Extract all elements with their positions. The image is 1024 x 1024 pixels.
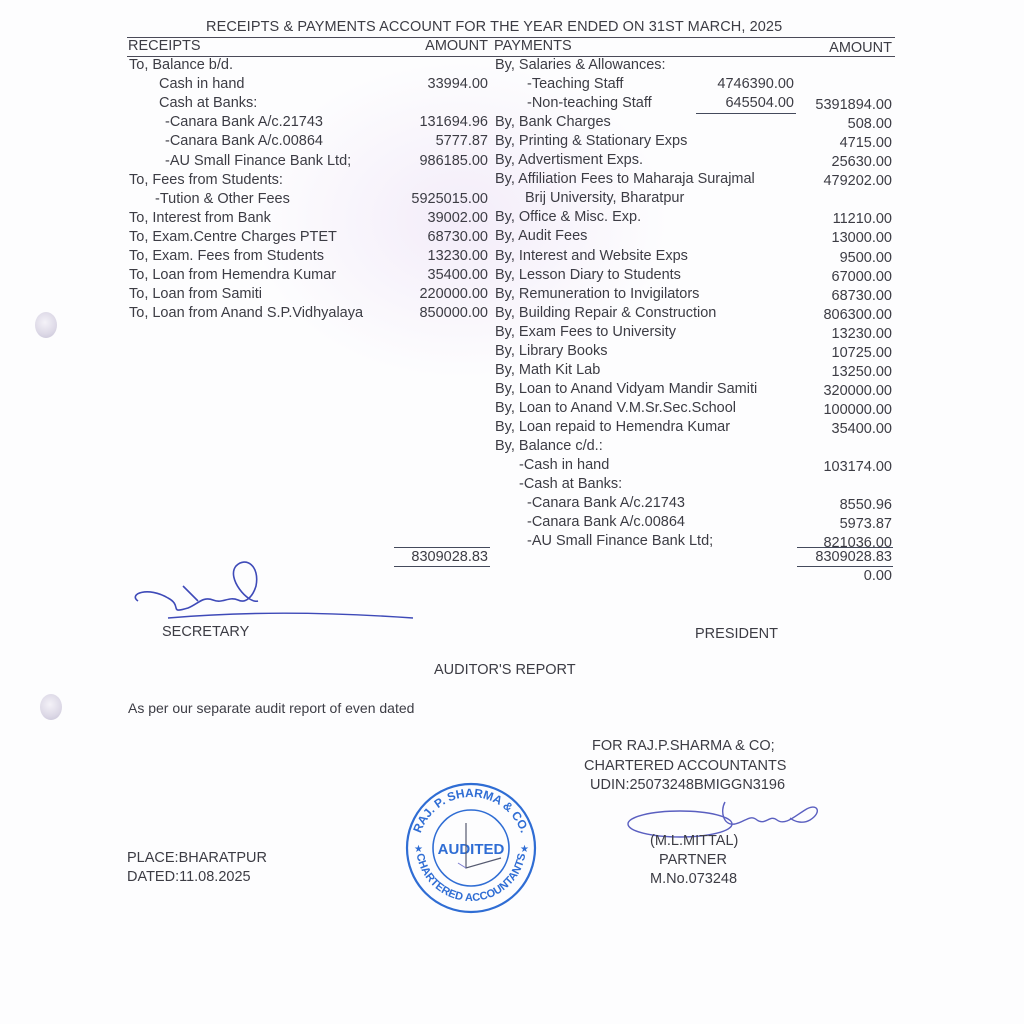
receipt-row-label: To, Exam. Fees from Students: [129, 248, 324, 265]
receipts-total-rule-top: [394, 547, 490, 548]
svg-text:CHARTERED ACCOUNTANTS: CHARTERED ACCOUNTANTS: [414, 852, 529, 904]
payment-row-amount: 5973.87: [790, 516, 892, 533]
payment-row-amount: 13250.00: [790, 364, 892, 381]
receipt-row-label: -Canara Bank A/c.00864: [165, 133, 323, 150]
partner-role: PARTNER: [659, 852, 727, 869]
payment-row-label: -Non-teaching Staff: [527, 95, 652, 112]
payment-row-amount: 68730.00: [790, 288, 892, 305]
auditor-firm: FOR RAJ.P.SHARMA & CO;: [592, 738, 775, 755]
receipt-row-label: To, Balance b/d.: [129, 57, 233, 74]
audited-stamp: RAJ. P. SHARMA & CO. CHARTERED ACCOUNTAN…: [396, 778, 546, 918]
payment-row-label: By, Loan repaid to Hemendra Kumar: [495, 419, 730, 436]
payments-header: PAYMENTS: [494, 38, 572, 55]
payment-row-amount: 103174.00: [790, 459, 892, 476]
receipt-row-amount: 5925015.00: [380, 191, 488, 208]
payment-row-amount: 13230.00: [790, 326, 892, 343]
receipt-row-amount: 39002.00: [380, 210, 488, 227]
receipt-row-label: Cash at Banks:: [159, 95, 257, 112]
payment-row-label: By, Audit Fees: [495, 228, 587, 245]
payment-row-amount: 8550.96: [790, 497, 892, 514]
payment-row-label: By, Advertisment Exps.: [495, 152, 643, 169]
auditor-statement: As per our separate audit report of even…: [128, 700, 414, 717]
receipt-row-label: To, Exam.Centre Charges PTET: [129, 229, 337, 246]
punch-hole-bottom: [40, 694, 62, 720]
auditor-report-heading: AUDITOR'S REPORT: [434, 662, 576, 679]
payment-row-label: By, Building Repair & Construction: [495, 305, 716, 322]
payment-row-subamount: 4746390.00: [690, 76, 794, 93]
payment-row-amount: 67000.00: [790, 269, 892, 286]
receipt-row-amount: 131694.96: [380, 114, 488, 131]
receipt-row-amount: 13230.00: [380, 248, 488, 265]
payment-row-label: By, Remuneration to Invigilators: [495, 286, 699, 303]
payment-row-amount: 13000.00: [790, 230, 892, 247]
payment-row-label: By, Exam Fees to University: [495, 324, 676, 341]
receipt-row-label: To, Loan from Hemendra Kumar: [129, 267, 336, 284]
payment-row-label: -Teaching Staff: [527, 76, 623, 93]
payment-row-label: By, Bank Charges: [495, 114, 611, 131]
receipt-row-label: Cash in hand: [159, 76, 244, 93]
payment-row-label: By, Lesson Diary to Students: [495, 267, 681, 284]
payment-row-amount: 9500.00: [790, 250, 892, 267]
receipt-row-amount: 986185.00: [380, 153, 488, 170]
partner-membership: M.No.073248: [650, 871, 737, 888]
payment-row-label: By, Office & Misc. Exp.: [495, 209, 641, 226]
auditor-udin: UDIN:25073248BMIGGN3196: [590, 777, 785, 794]
payment-row-amount: 11210.00: [790, 211, 892, 228]
payment-row-amount: 25630.00: [790, 154, 892, 171]
payment-row-label: By, Loan to Anand Vidyam Mandir Samiti: [495, 381, 757, 398]
receipt-row-label: -Canara Bank A/c.21743: [165, 114, 323, 131]
payment-row-label: -Canara Bank A/c.21743: [527, 495, 685, 512]
payment-row-label: By, Balance c/d.:: [495, 438, 603, 455]
svg-text:AUDITED: AUDITED: [438, 841, 505, 858]
receipt-row-amount: 33994.00: [380, 76, 488, 93]
payments-amount-header: AMOUNT: [800, 40, 892, 57]
receipt-row-label: -Tution & Other Fees: [155, 191, 290, 208]
payment-row-amount: 806300.00: [790, 307, 892, 324]
date-label: DATED:11.08.2025: [127, 869, 251, 886]
document-title: RECEIPTS & PAYMENTS ACCOUNT FOR THE YEAR…: [206, 19, 782, 35]
payment-row-label: By, Affiliation Fees to Maharaja Surajma…: [495, 171, 755, 188]
receipt-row-amount: 68730.00: [380, 229, 488, 246]
receipts-amount-header: AMOUNT: [400, 38, 488, 55]
payments-total: 8309028.83: [790, 549, 892, 566]
payment-row-amount: 4715.00: [790, 135, 892, 152]
payment-row-label: -Canara Bank A/c.00864: [527, 514, 685, 531]
payment-row-label: -Cash in hand: [519, 457, 609, 474]
salaries-subtotal-rule: [696, 113, 796, 114]
receipt-row-amount: 35400.00: [380, 267, 488, 284]
svg-text:★: ★: [520, 844, 529, 855]
punch-hole-top: [35, 312, 57, 338]
receipt-row-label: To, Loan from Samiti: [129, 286, 262, 303]
payment-row-subamount: 645504.00: [690, 95, 794, 112]
payment-row-amount: 10725.00: [790, 345, 892, 362]
payments-total-rule-bottom: [797, 566, 893, 567]
payment-row-label: By, Salaries & Allowances:: [495, 57, 666, 74]
receipt-row-amount: 5777.87: [380, 133, 488, 150]
payment-row-amount: 508.00: [790, 116, 892, 133]
payment-row-label: By, Printing & Stationary Exps: [495, 133, 687, 150]
payments-total-rule-top: [797, 547, 893, 548]
payment-row-label: By, Loan to Anand V.M.Sr.Sec.School: [495, 400, 736, 417]
place-label: PLACE:BHARATPUR: [127, 850, 267, 867]
president-label: PRESIDENT: [695, 626, 778, 643]
auditor-firm-type: CHARTERED ACCOUNTANTS: [584, 758, 786, 775]
payment-row-amount: 320000.00: [790, 383, 892, 400]
secretary-label: SECRETARY: [162, 624, 249, 641]
payment-row-label: -AU Small Finance Bank Ltd;: [527, 533, 713, 550]
payment-row-label: By, Math Kit Lab: [495, 362, 600, 379]
payment-row-label: -Cash at Banks:: [519, 476, 622, 493]
payment-row-label: By, Interest and Website Exps: [495, 248, 688, 265]
scanned-document-page: RECEIPTS & PAYMENTS ACCOUNT FOR THE YEAR…: [0, 0, 1024, 1024]
payment-row-amount: 100000.00: [790, 402, 892, 419]
svg-text:★: ★: [414, 844, 423, 855]
payment-row-amount: 5391894.00: [790, 97, 892, 114]
receipt-row-label: To, Interest from Bank: [129, 210, 271, 227]
receipt-row-label: To, Loan from Anand S.P.Vidhyalaya: [129, 305, 363, 322]
receipts-header: RECEIPTS: [128, 38, 201, 55]
payment-row-amount: 35400.00: [790, 421, 892, 438]
receipt-row-label: To, Fees from Students:: [129, 172, 283, 189]
payment-row-label: By, Library Books: [495, 343, 608, 360]
partner-name: (M.L.MITTAL): [650, 833, 738, 850]
payment-row-label: Brij University, Bharatpur: [525, 190, 684, 207]
receipt-row-amount: 850000.00: [380, 305, 488, 322]
payment-row-amount: 479202.00: [790, 173, 892, 190]
difference-value: 0.00: [790, 568, 892, 585]
receipt-row-label: -AU Small Finance Bank Ltd;: [165, 153, 351, 170]
receipt-row-amount: 220000.00: [380, 286, 488, 303]
